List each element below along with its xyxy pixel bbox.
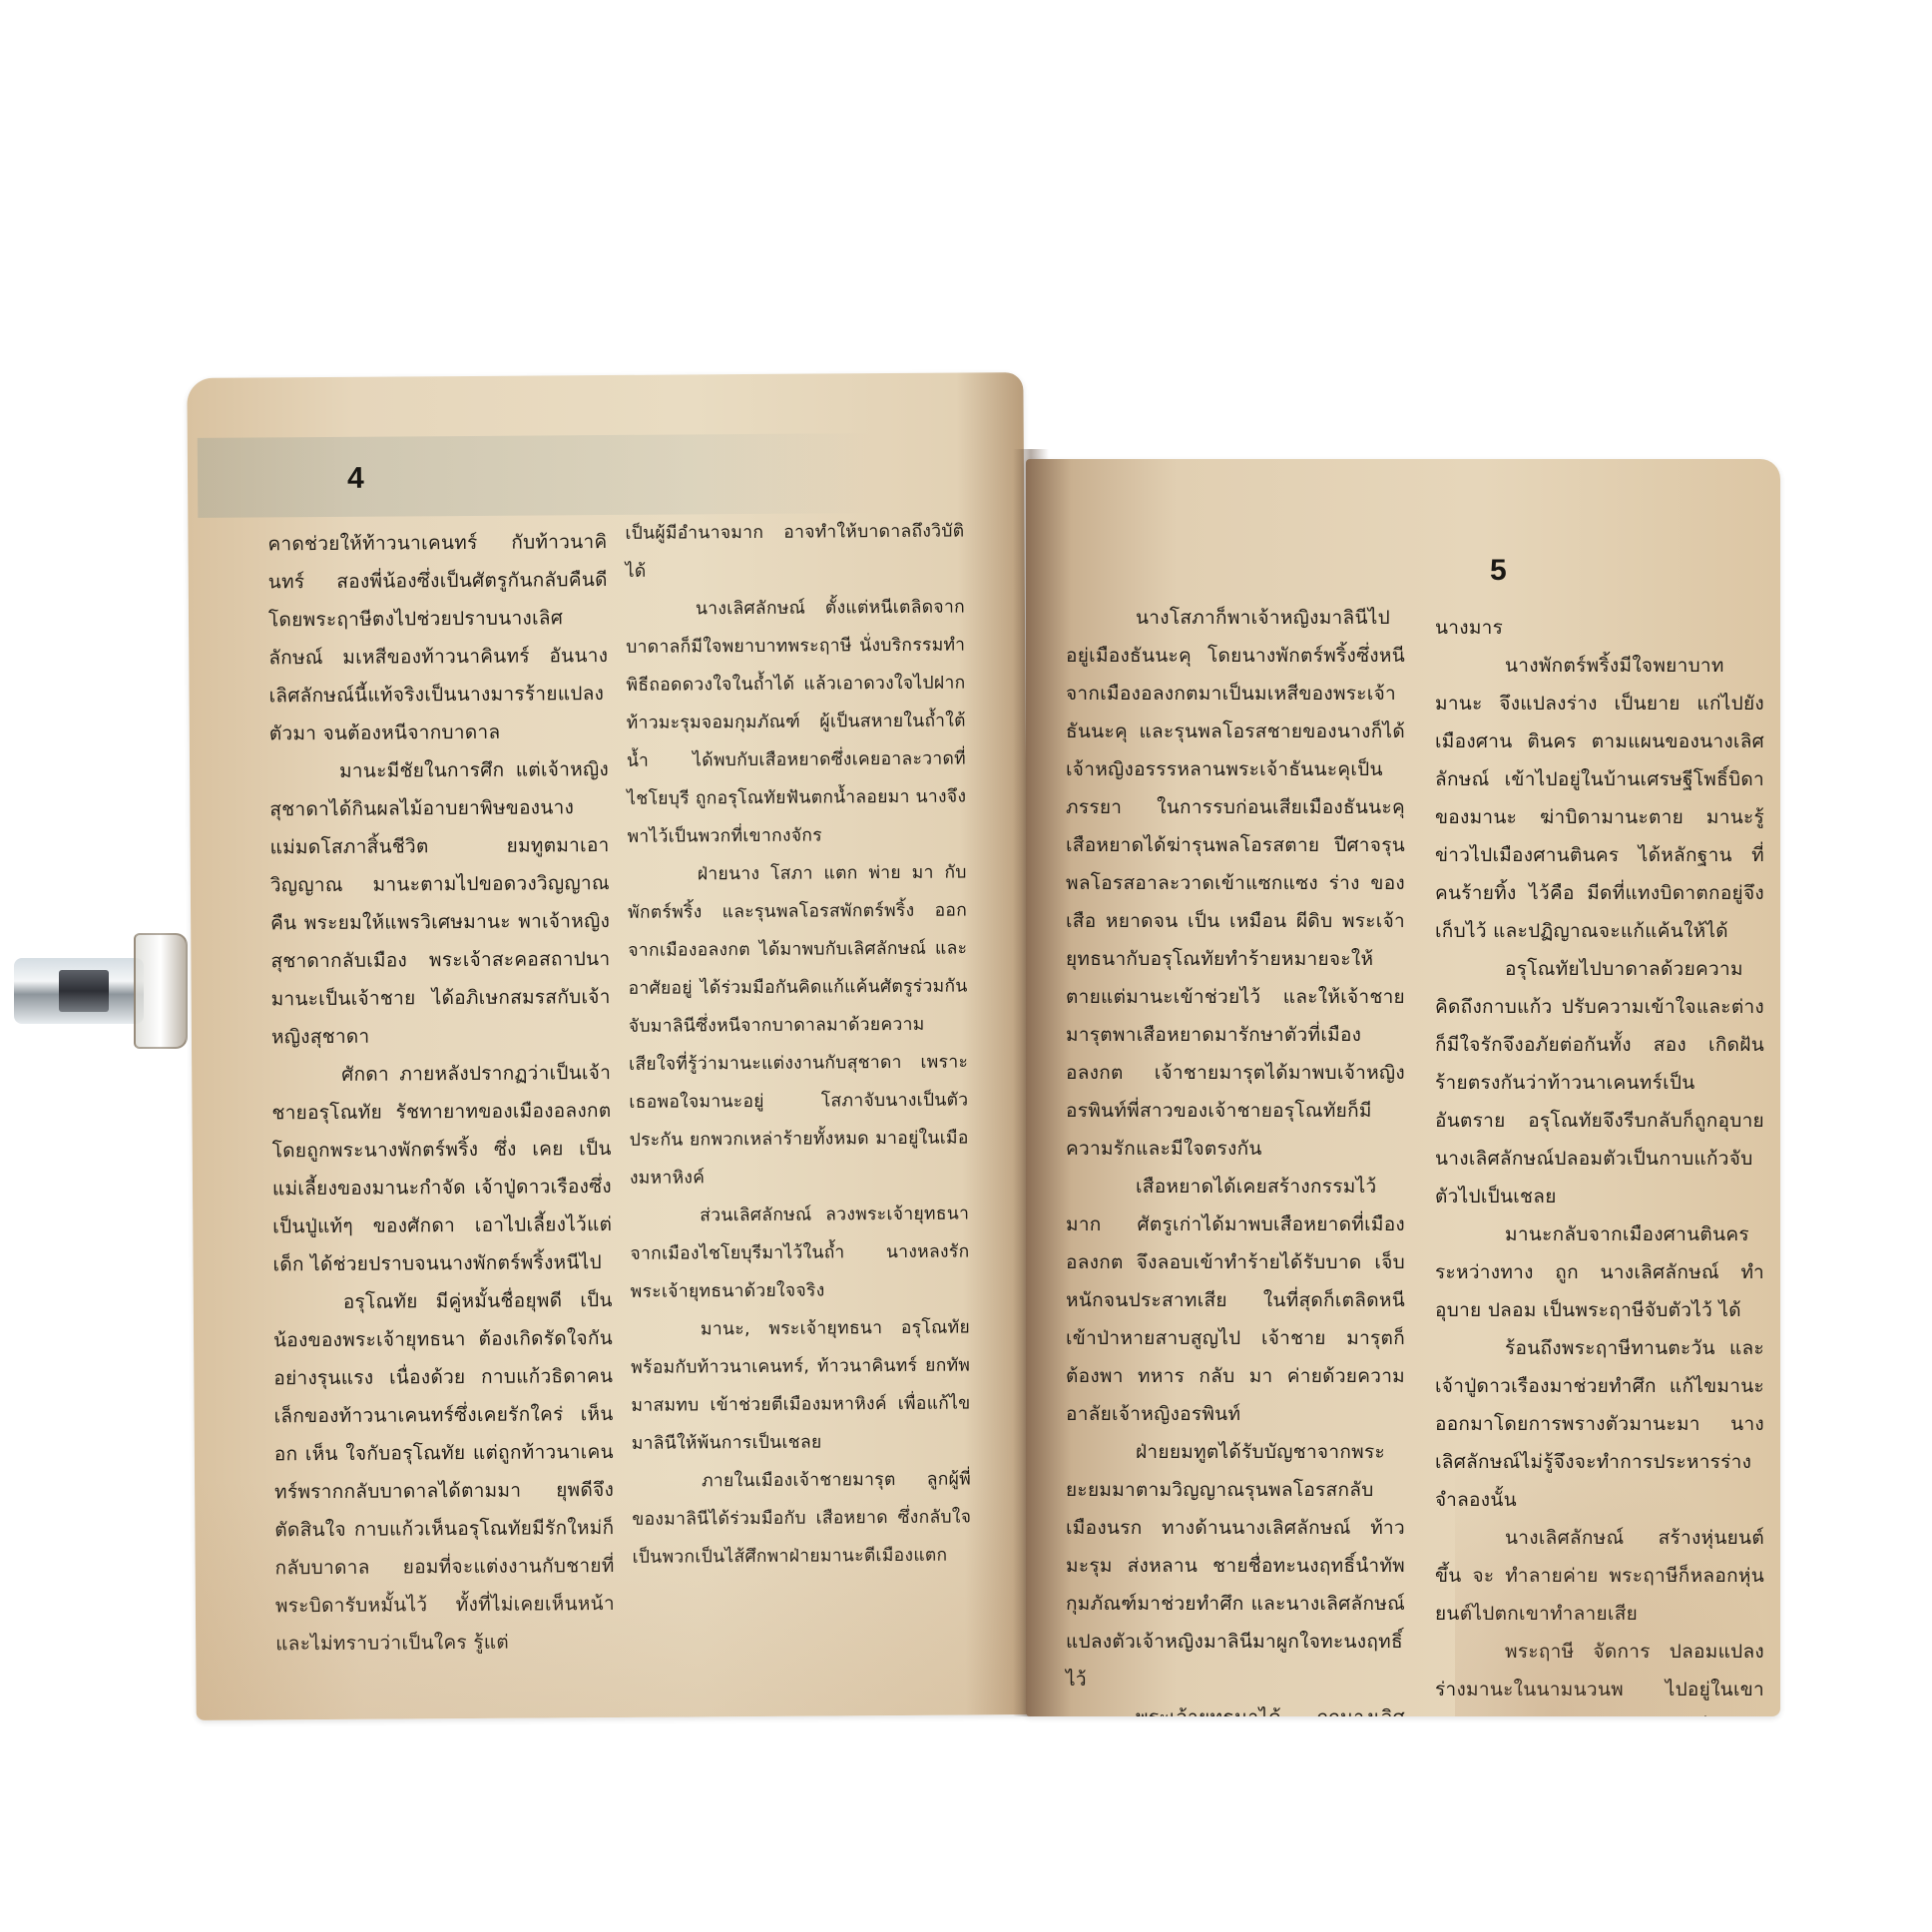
text-column-right-2: นางมาร นางพักตร์พริ้งมีใจพยาบาทมานะ จึงแ…	[1435, 609, 1764, 1716]
paragraph: มานะ, พระเจ้ายุทธนา อรุโณทัยพร้อมกับท้าว…	[631, 1308, 971, 1462]
paragraph: พระฤาษี จัดการ ปลอมแปลงร่างมานะในนามนวนพ…	[1435, 1633, 1764, 1716]
paragraph: คาดช่วยให้ท้าวนาเคนทร์ กับท้าวนาคินทร์ ส…	[267, 523, 609, 752]
paragraph: ฝ่ายยมทูตได้รับบัญชาจากพระยะยมมาตามวิญญา…	[1066, 1433, 1405, 1698]
paragraph: เป็นผู้มีอำนาจมาก อาจทำให้บาดาลถึงวิบัติ…	[625, 513, 965, 591]
paragraph: นางมาร	[1435, 609, 1764, 647]
paragraph: ร้อนถึงพระฤาษีทานตะวัน และเจ้าปู่ดาวเรือ…	[1435, 1329, 1764, 1519]
left-page: 4 คาดช่วยให้ท้าวนาเคนทร์ กับท้าวนาคินทร์…	[187, 372, 1032, 1720]
paragraph: นางโสภาก็พาเจ้าหญิงมาลินีไปอยู่เมืองธันน…	[1066, 599, 1405, 1168]
paragraph: นางเลิศลักษณ์ ตั้งแต่หนีเตลิดจากบาดาลก็ม…	[626, 589, 967, 856]
paragraph: มานะกลับจากเมืองศานตินคร ระหว่างทาง ถูก …	[1435, 1215, 1764, 1329]
paragraph: พระเจ้ายุทธนาได้ ถูกนางเลิศลักษณ์จับตัวเ…	[1066, 1698, 1405, 1716]
open-booklet: 4 คาดช่วยให้ท้าวนาเคนทร์ กับท้าวนาคินทร์…	[0, 0, 1932, 1932]
page-number: 4	[347, 462, 364, 496]
right-page: 5 นางโสภาก็พาเจ้าหญิงมาลินีไปอยู่เมืองธั…	[1026, 459, 1780, 1716]
clip-handle	[14, 958, 144, 1024]
paragraph: เสือหยาดได้เคยสร้างกรรมไว้มาก ศัตรูเก่าไ…	[1066, 1168, 1405, 1433]
paragraph: อรุโณทัยไปบาดาลด้วยความคิดถึงกาบแก้ว ปรั…	[1435, 950, 1764, 1215]
paragraph: อรุโณทัย มีคู่หมั้นชื่อยุพดี เป็นน้องของ…	[273, 1281, 616, 1663]
paragraph: ฝ่ายนาง โสภา แตก พ่าย มา กับ พักตร์พริ้ง…	[628, 853, 969, 1197]
faded-header-band	[198, 433, 877, 518]
paragraph: นางเลิศลักษณ์ สร้างหุ่นยนต์ ขึ้น จะ ทำลา…	[1435, 1519, 1764, 1633]
paragraph: มานะมีชัยในการศึก แต่เจ้าหญิงสุชาดาได้กิ…	[269, 750, 611, 1056]
page-number: 5	[1490, 554, 1507, 588]
paragraph: ศักดา ภายหลังปรากฏว่าเป็นเจ้าชายอรุโณทัย…	[271, 1054, 613, 1283]
paragraph: ส่วนเลิศลักษณ์ ลวงพระเจ้ายุทธนาจากเมืองไ…	[630, 1195, 970, 1310]
text-column-left-1: คาดช่วยให้ท้าวนาเคนทร์ กับท้าวนาคินทร์ ส…	[267, 523, 615, 1663]
clip-jaw	[134, 933, 188, 1049]
paragraph: นางพักตร์พริ้งมีใจพยาบาทมานะ จึงแปลงร่าง…	[1435, 647, 1764, 950]
binder-clip-icon	[14, 933, 184, 1053]
text-column-right-1: นางโสภาก็พาเจ้าหญิงมาลินีไปอยู่เมืองธันน…	[1066, 599, 1405, 1716]
text-column-left-2: เป็นผู้มีอำนาจมาก อาจทำให้บาดาลถึงวิบัติ…	[625, 513, 971, 1577]
paragraph: ภายในเมืองเจ้าชายมารุต ลูกผู้พี่ของมาลิน…	[632, 1460, 972, 1576]
